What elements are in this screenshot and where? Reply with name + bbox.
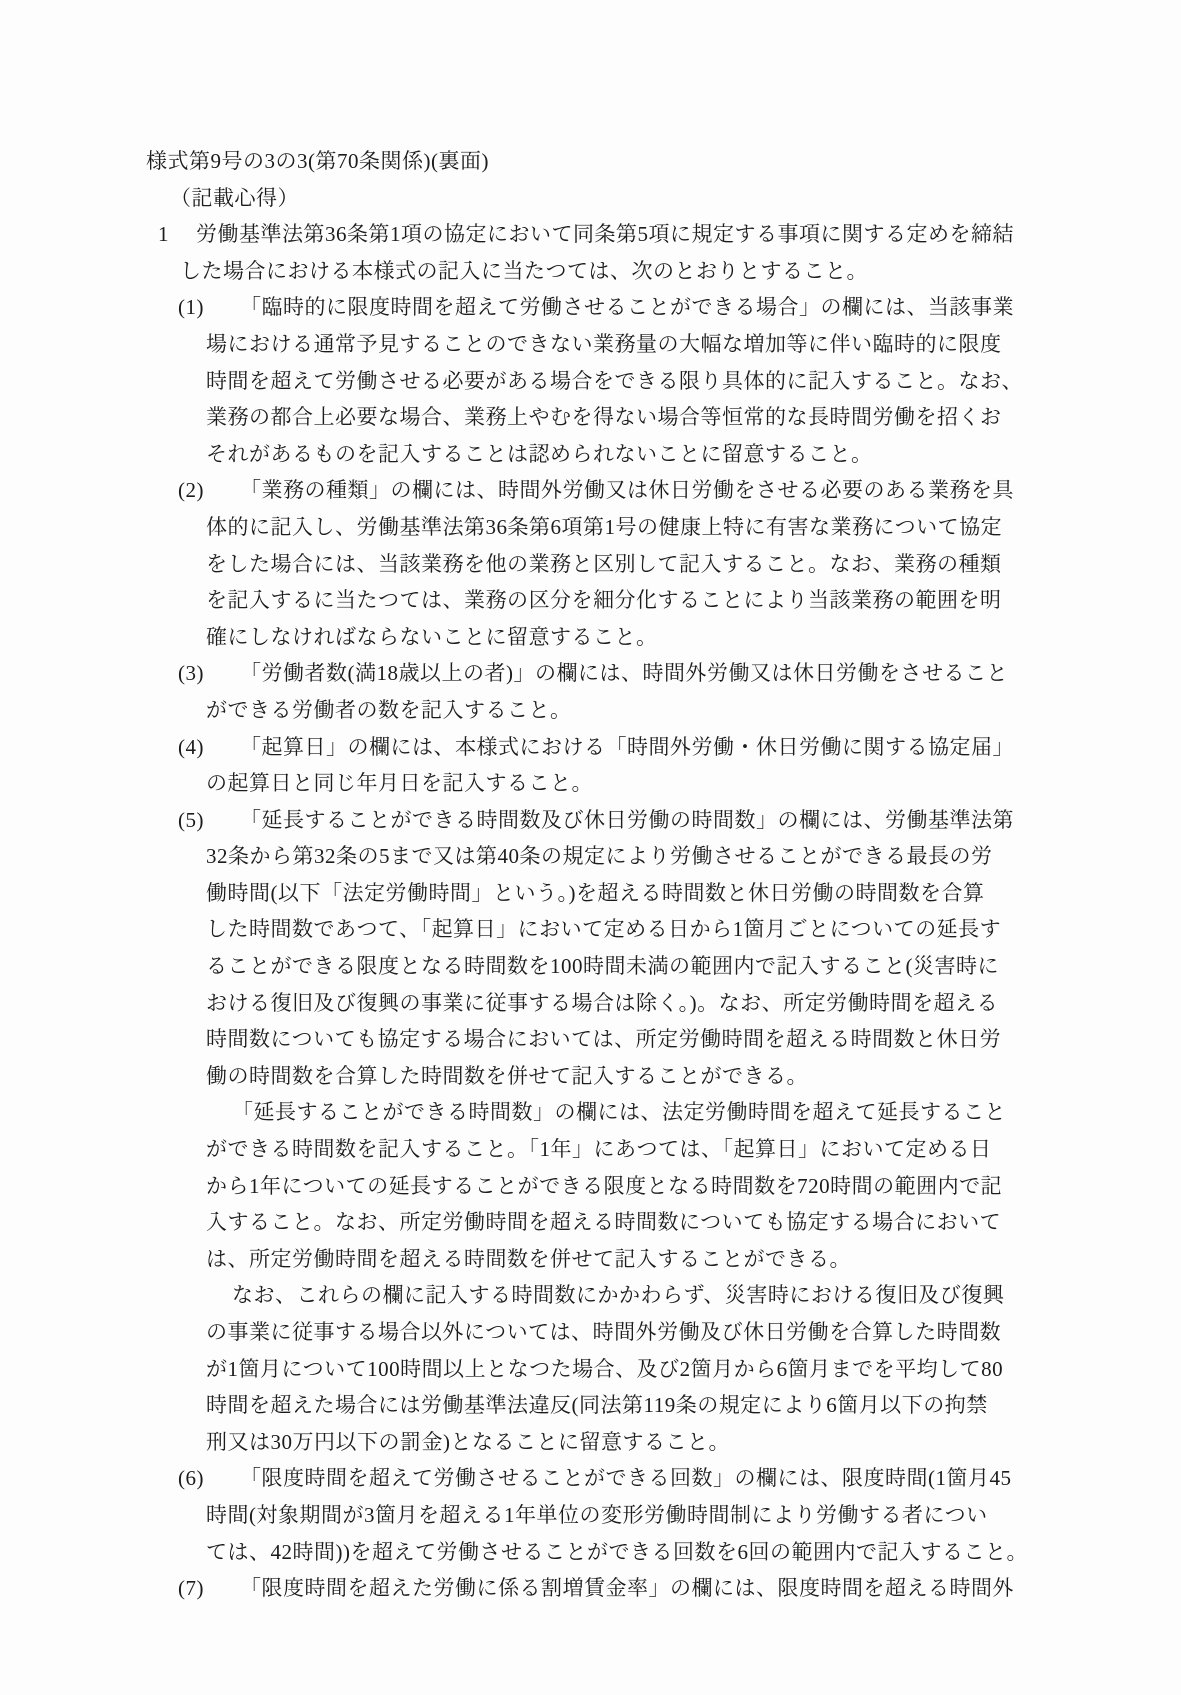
note-line: を記入するに当たつては、業務の区分を細分化することにより当該業務の範囲を明: [0, 582, 1181, 619]
item-marker: 1: [158, 216, 196, 253]
note-line: (7)「限度時間を超えた労働に係る割増賃金率」の欄には、限度時間を超える時間外: [0, 1570, 1181, 1607]
note-line: ては、42時間))を超えて労働させることができる回数を6回の範囲内で記入すること…: [0, 1534, 1181, 1571]
note-text: 「労働者数(満18歳以上の者)」の欄には、時間外労働又は休日労働をさせること: [240, 661, 1008, 685]
note-line: 時間を超えて労働させる必要がある場合をできる限り具体的に記入すること。なお、: [0, 363, 1181, 400]
note-line: (4)「起算日」の欄には、本様式における「時間外労働・休日労働に関する協定届」: [0, 729, 1181, 766]
note-text: 「業務の種類」の欄には、時間外労働又は休日労働をさせる必要のある業務を具: [240, 478, 1014, 502]
note-line: 業務の都合上必要な場合、業務上やむを得ない場合等恒常的な長時間労働を招くお: [0, 399, 1181, 436]
note-line: (2)「業務の種類」の欄には、時間外労働又は休日労働をさせる必要のある業務を具: [0, 472, 1181, 509]
note-text: 「限度時間を超えて労働させることができる回数」の欄には、限度時間(1箇月45: [240, 1466, 1012, 1490]
note-line: (5)「延長することができる時間数及び休日労働の時間数」の欄には、労働基準法第: [0, 802, 1181, 839]
note-line: 時間数についても協定する場合においては、所定労働時間を超える時間数と休日労: [0, 1021, 1181, 1058]
note-line: それがあるものを記入することは認められないことに留意すること。: [0, 436, 1181, 473]
item-marker: (7): [178, 1570, 240, 1607]
note-line: 働時間(以下「法定労働時間」という。)を超える時間数と休日労働の時間数を合算: [0, 875, 1181, 912]
note-text: 「起算日」の欄には、本様式における「時間外労働・休日労働に関する協定届」: [240, 735, 1014, 759]
note-line: 1労働基準法第36条第1項の協定において同条第5項に規定する事項に関する定めを締…: [0, 216, 1181, 253]
note-line: から1年についての延長することができる限度となる時間数を720時間の範囲内で記: [0, 1168, 1181, 1205]
note-line: (3)「労働者数(満18歳以上の者)」の欄には、時間外労働又は休日労働をさせるこ…: [0, 655, 1181, 692]
note-line: した時間数であつて、「起算日」において定める日から1箇月ごとについての延長す: [0, 911, 1181, 948]
item-marker: (2): [178, 472, 240, 509]
note-line: (1)「臨時的に限度時間を超えて労働させることができる場合」の欄には、当該事業: [0, 289, 1181, 326]
item-marker: (6): [178, 1460, 240, 1497]
note-line: 時間(対象期間が3箇月を超える1年単位の変形労働時間制により労働する者につい: [0, 1497, 1181, 1534]
note-line: 32条から第32条の5まで又は第40条の規定により労働させることができる最長の労: [0, 838, 1181, 875]
item-marker: (3): [178, 655, 240, 692]
note-line: 「延長することができる時間数」の欄には、法定労働時間を超えて延長すること: [0, 1094, 1181, 1131]
note-text: 「限度時間を超えた労働に係る割増賃金率」の欄には、限度時間を超える時間外: [240, 1576, 1014, 1600]
note-line: 時間を超えた場合には労働基準法違反(同法第119条の規定により6箇月以下の拘禁: [0, 1387, 1181, 1424]
note-line: の事業に従事する場合以外については、時間外労働及び休日労働を合算した時間数: [0, 1314, 1181, 1351]
note-line: (6)「限度時間を超えて労働させることができる回数」の欄には、限度時間(1箇月4…: [0, 1460, 1181, 1497]
section-heading: （記載心得）: [0, 180, 1181, 217]
note-line: した場合における本様式の記入に当たつては、次のとおりとすること。: [0, 253, 1181, 290]
note-text: 労働基準法第36条第1項の協定において同条第5項に規定する事項に関する定めを締結: [196, 222, 1014, 246]
note-line: 確にしなければならないことに留意すること。: [0, 619, 1181, 656]
note-line: なお、これらの欄に記入する時間数にかかわらず、災害時における復旧及び復興: [0, 1277, 1181, 1314]
note-line: 場における通常予見することのできない業務量の大幅な増加等に伴い臨時的に限度: [0, 326, 1181, 363]
notes-list: 1労働基準法第36条第1項の協定において同条第5項に規定する事項に関する定めを締…: [0, 216, 1181, 1607]
note-text: 「延長することができる時間数及び休日労働の時間数」の欄には、労働基準法第: [240, 808, 1014, 832]
note-line: が1箇月について100時間以上となつた場合、及び2箇月から6箇月までを平均して8…: [0, 1351, 1181, 1388]
note-line: は、所定労働時間を超える時間数を併せて記入することができる。: [0, 1241, 1181, 1278]
note-line: ができる労働者の数を記入すること。: [0, 692, 1181, 729]
item-marker: (1): [178, 289, 240, 326]
note-line: 刑又は30万円以下の罰金)となることに留意すること。: [0, 1424, 1181, 1461]
note-line: 入すること。なお、所定労働時間を超える時間数についても協定する場合において: [0, 1204, 1181, 1241]
note-line: おける復旧及び復興の事業に従事する場合は除く。)。なお、所定労働時間を超える: [0, 985, 1181, 1022]
note-line: 働の時間数を合算した時間数を併せて記入することができる。: [0, 1058, 1181, 1095]
note-line: ができる時間数を記入すること。「1年」にあつては、「起算日」において定める日: [0, 1131, 1181, 1168]
note-line: ることができる限度となる時間数を100時間未満の範囲内で記入すること(災害時に: [0, 948, 1181, 985]
note-line: をした場合には、当該業務を他の業務と区別して記入すること。なお、業務の種類: [0, 546, 1181, 583]
form-number-title: 様式第9号の3の3(第70条関係)(裏面): [0, 143, 1181, 180]
note-line: 体的に記入し、労働基準法第36条第6項第1号の健康上特に有害な業務について協定: [0, 509, 1181, 546]
note-line: の起算日と同じ年月日を記入すること。: [0, 765, 1181, 802]
note-text: 「臨時的に限度時間を超えて労働させることができる場合」の欄には、当該事業: [240, 295, 1014, 319]
document-page: 様式第9号の3の3(第70条関係)(裏面) （記載心得） 1労働基準法第36条第…: [0, 0, 1181, 1695]
item-marker: (5): [178, 802, 240, 839]
item-marker: (4): [178, 729, 240, 766]
